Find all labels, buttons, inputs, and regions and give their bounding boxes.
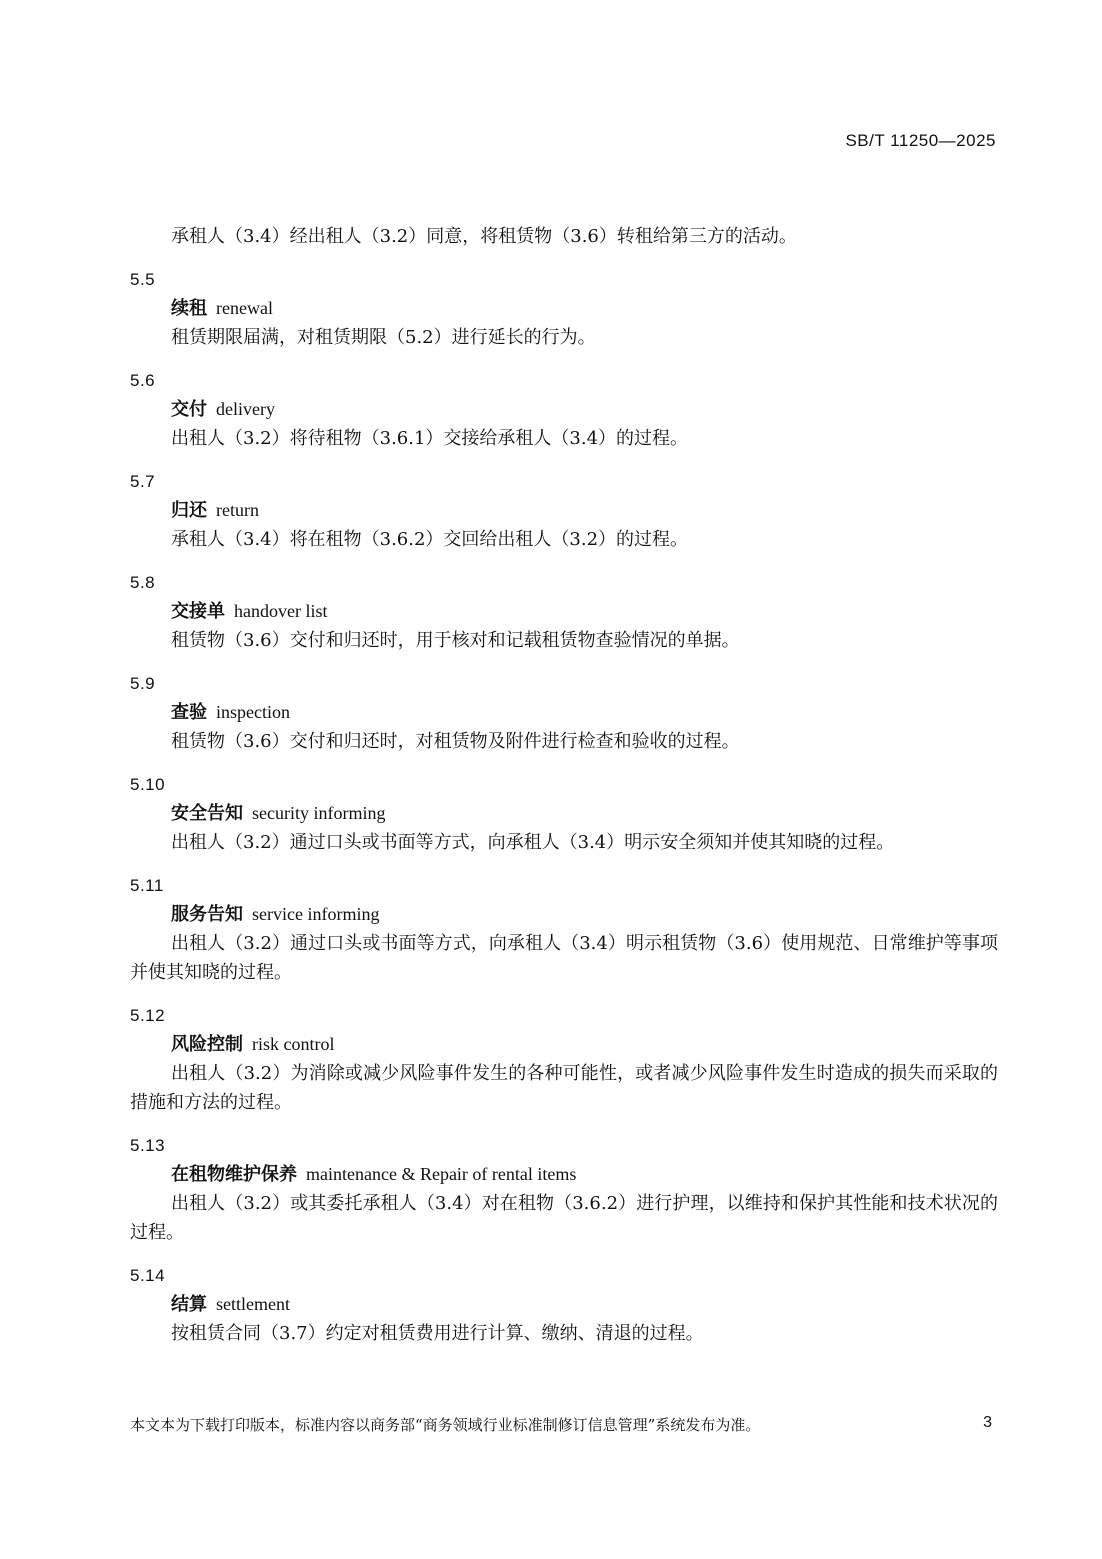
term-en: renewal (216, 298, 273, 318)
term-number: 5.12 (130, 1001, 998, 1030)
footer-notice: 本文本为下载打印版本，标准内容以商务部“商务领域行业标准制修订信息管理”系统发布… (130, 1414, 760, 1435)
term-en: service informing (252, 904, 379, 924)
term-definition: 出租人（3.2）通过口头或书面等方式，向承租人（3.4）明示安全须知并使其知晓的… (130, 828, 998, 857)
term-zh: 安全告知 (171, 803, 243, 824)
term-zh: 交接单 (171, 601, 225, 622)
term-number: 5.9 (130, 669, 998, 698)
standard-code: SB/T 11250—2025 (845, 131, 996, 151)
term-number: 5.13 (130, 1131, 998, 1160)
term-title: 归还return (130, 496, 998, 525)
term-entry: 5.12 风险控制risk control 出租人（3.2）为消除或减少风险事件… (130, 1001, 998, 1117)
intro-definition: 承租人（3.4）经出租人（3.2）同意，将租赁物（3.6）转租给第三方的活动。 (130, 222, 998, 251)
term-definition: 出租人（3.2）或其委托承租人（3.4）对在租物（3.6.2）进行护理，以维持和… (130, 1189, 998, 1247)
term-definition: 承租人（3.4）将在租物（3.6.2）交回给出租人（3.2）的过程。 (130, 525, 998, 554)
term-en: handover list (234, 601, 327, 621)
term-title: 风险控制risk control (130, 1030, 998, 1059)
term-zh: 续租 (171, 298, 207, 319)
term-definition: 租赁物（3.6）交付和归还时，对租赁物及附件进行检查和验收的过程。 (130, 727, 998, 756)
term-title: 交付delivery (130, 395, 998, 424)
term-entry: 5.7 归还return 承租人（3.4）将在租物（3.6.2）交回给出租人（3… (130, 467, 998, 554)
term-zh: 风险控制 (171, 1034, 243, 1055)
term-number: 5.5 (130, 265, 998, 294)
term-entry: 5.11 服务告知service informing 出租人（3.2）通过口头或… (130, 871, 998, 987)
term-en: inspection (216, 702, 290, 722)
term-zh: 查验 (171, 702, 207, 723)
term-zh: 结算 (171, 1294, 207, 1315)
term-zh: 在租物维护保养 (171, 1164, 297, 1185)
term-definition: 出租人（3.2）将待租物（3.6.1）交接给承租人（3.4）的过程。 (130, 424, 998, 453)
page-number: 3 (983, 1414, 992, 1435)
term-entry: 5.6 交付delivery 出租人（3.2）将待租物（3.6.1）交接给承租人… (130, 366, 998, 453)
term-entry: 5.9 查验inspection 租赁物（3.6）交付和归还时，对租赁物及附件进… (130, 669, 998, 756)
page-footer: 本文本为下载打印版本，标准内容以商务部“商务领域行业标准制修订信息管理”系统发布… (130, 1414, 992, 1435)
term-title: 续租renewal (130, 294, 998, 323)
term-en: return (216, 500, 259, 520)
term-definition: 出租人（3.2）通过口头或书面等方式，向承租人（3.4）明示租赁物（3.6）使用… (130, 929, 998, 987)
term-zh: 归还 (171, 500, 207, 521)
term-number: 5.10 (130, 770, 998, 799)
term-entry: 5.13 在租物维护保养maintenance & Repair of rent… (130, 1131, 998, 1247)
term-number: 5.11 (130, 871, 998, 900)
document-body: 承租人（3.4）经出租人（3.2）同意，将租赁物（3.6）转租给第三方的活动。 … (130, 222, 998, 1362)
term-title: 在租物维护保养maintenance & Repair of rental it… (130, 1160, 998, 1189)
term-en: security informing (252, 803, 385, 823)
term-definition: 租赁物（3.6）交付和归还时，用于核对和记载租赁物查验情况的单据。 (130, 626, 998, 655)
term-definition: 租赁期限届满，对租赁期限（5.2）进行延长的行为。 (130, 323, 998, 352)
term-zh: 交付 (171, 399, 207, 420)
term-title: 查验inspection (130, 698, 998, 727)
term-number: 5.8 (130, 568, 998, 597)
term-entry: 5.8 交接单handover list 租赁物（3.6）交付和归还时，用于核对… (130, 568, 998, 655)
term-en: risk control (252, 1034, 335, 1054)
term-title: 服务告知service informing (130, 900, 998, 929)
term-number: 5.7 (130, 467, 998, 496)
term-number: 5.14 (130, 1261, 998, 1290)
term-zh: 服务告知 (171, 904, 243, 925)
term-number: 5.6 (130, 366, 998, 395)
term-definition: 出租人（3.2）为消除或减少风险事件发生的各种可能性，或者减少风险事件发生时造成… (130, 1059, 998, 1117)
term-definition: 按租赁合同（3.7）约定对租赁费用进行计算、缴纳、清退的过程。 (130, 1319, 998, 1348)
term-title: 交接单handover list (130, 597, 998, 626)
term-en: delivery (216, 399, 275, 419)
term-entry: 5.10 安全告知security informing 出租人（3.2）通过口头… (130, 770, 998, 857)
term-title: 结算settlement (130, 1290, 998, 1319)
term-entry: 5.5 续租renewal 租赁期限届满，对租赁期限（5.2）进行延长的行为。 (130, 265, 998, 352)
term-en: maintenance & Repair of rental items (306, 1164, 576, 1184)
term-title: 安全告知security informing (130, 799, 998, 828)
term-en: settlement (216, 1294, 290, 1314)
term-entry: 5.14 结算settlement 按租赁合同（3.7）约定对租赁费用进行计算、… (130, 1261, 998, 1348)
